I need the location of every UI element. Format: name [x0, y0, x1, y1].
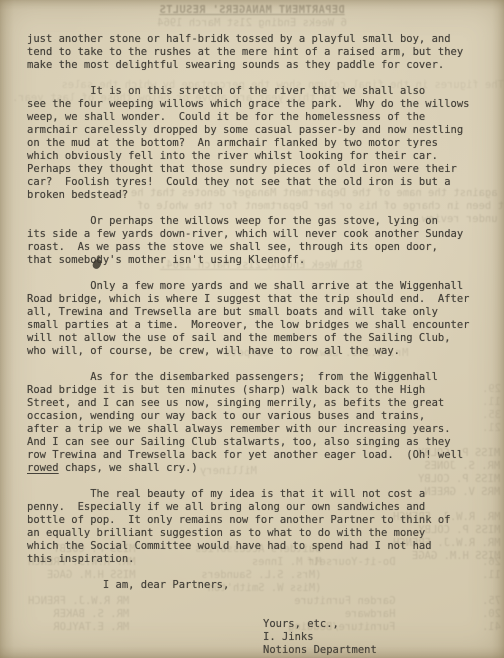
closing-line: I am, dear Partners, [27, 579, 487, 592]
paragraph-5: As for the disembarked passengers; from … [27, 371, 487, 475]
letter-body: just another stone or half-bridk tossed … [27, 33, 487, 657]
paragraph-4: Only a few more yards and we shall arriv… [27, 280, 487, 358]
paragraph-1: just another stone or half-bridk tossed … [27, 33, 487, 72]
paragraph-5-tail: chaps, we shall cry.) [59, 462, 198, 474]
signature-block: Yours, etc., I. Jinks Notions Department [263, 618, 487, 657]
scanned-letter-page: DEPARTMENT MANAGERS' RESULTS 6 Weeks End… [0, 0, 504, 658]
bleedthrough-header: DEPARTMENT MANAGERS' RESULTS [0, 4, 504, 17]
paragraph-2: It is on this stretch of the river that … [27, 85, 487, 202]
bleedthrough-header-text: DEPARTMENT MANAGERS' RESULTS [159, 4, 344, 16]
paragraph-5-main: As for the disembarked passengers; from … [27, 371, 463, 461]
bleedthrough-subheader: 6 Weeks Ending 21st March 1964 [0, 17, 504, 30]
paragraph-6: The real beauty of my idea is that it wi… [27, 488, 487, 566]
paragraph-5-underlined-word: rowed [27, 462, 59, 474]
